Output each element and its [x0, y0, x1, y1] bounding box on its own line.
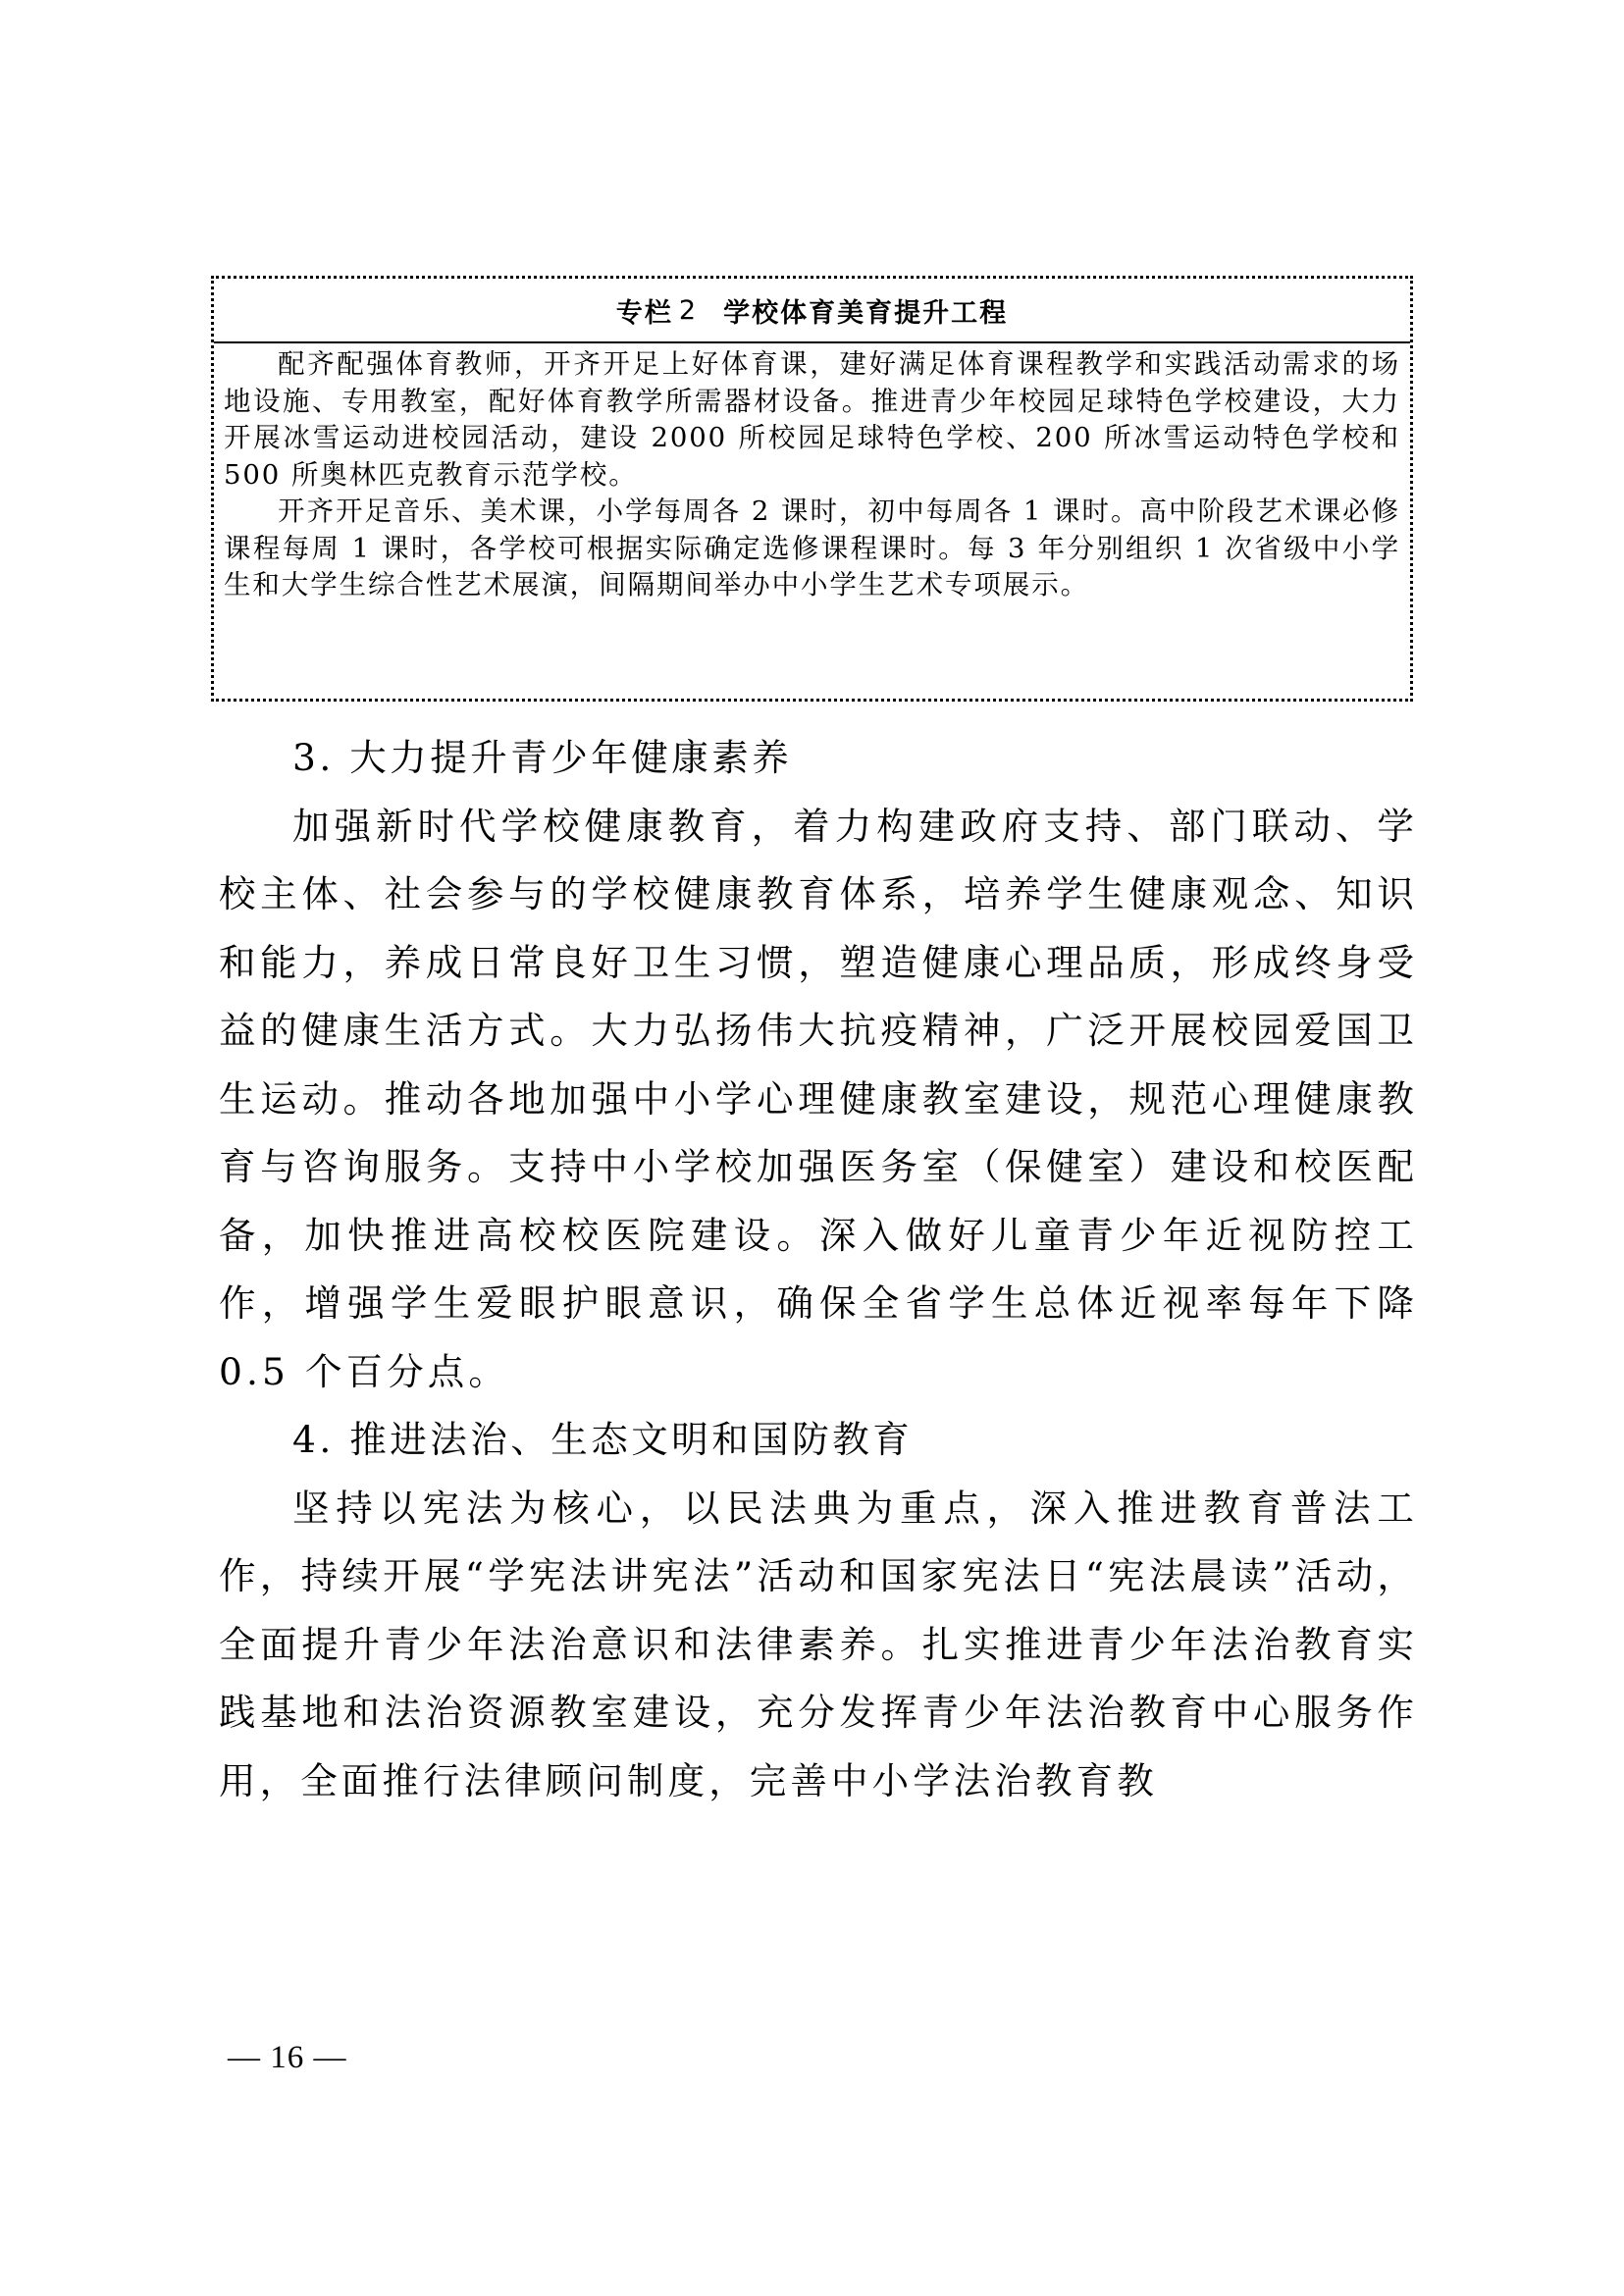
document-page: 专栏 2 学校体育美育提升工程 配齐配强体育教师，开齐开足上好体育课，建好满足体…	[0, 0, 1624, 2296]
feature-box-paragraph: 开齐开足音乐、美术课，小学每周各 2 课时，初中每周各 1 课时。高中阶段艺术课…	[224, 494, 1400, 604]
body-paragraph: 坚持以宪法为核心，以民法典为重点，深入推进教育普法工作，持续开展“学宪法讲宪法”…	[219, 1475, 1418, 1816]
feature-box: 专栏 2 学校体育美育提升工程 配齐配强体育教师，开齐开足上好体育课，建好满足体…	[211, 276, 1413, 702]
body-paragraph: 加强新时代学校健康教育，着力构建政府支持、部门联动、学校主体、社会参与的学校健康…	[219, 793, 1418, 1407]
main-content: 3. 大力提升青少年健康素养 加强新时代学校健康教育，着力构建政府支持、部门联动…	[219, 724, 1418, 1815]
feature-box-number: 2	[679, 295, 698, 326]
section-heading: 4. 推进法治、生态文明和国防教育	[219, 1406, 1418, 1475]
feature-box-header: 专栏 2 学校体育美育提升工程	[214, 279, 1410, 343]
page-number: — 16 —	[228, 2036, 347, 2079]
feature-box-paragraph: 配齐配强体育教师，开齐开足上好体育课，建好满足体育课程教学和实践活动需求的场地设…	[224, 346, 1400, 494]
feature-box-body: 配齐配强体育教师，开齐开足上好体育课，建好满足体育课程教学和实践活动需求的场地设…	[224, 346, 1400, 604]
section-heading: 3. 大力提升青少年健康素养	[219, 724, 1418, 793]
feature-box-label: 专栏	[616, 291, 673, 330]
feature-box-title: 学校体育美育提升工程	[723, 291, 1008, 330]
